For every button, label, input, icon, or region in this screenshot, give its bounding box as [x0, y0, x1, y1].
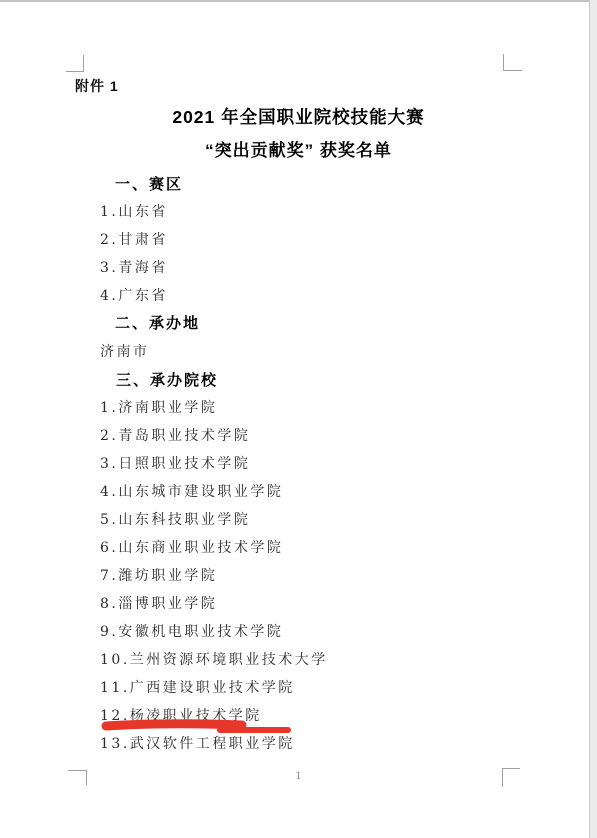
crop-mark-top-right	[503, 54, 522, 71]
list-item: 1.济南职业学院	[100, 401, 217, 415]
document-page: 附件 1 2021 年全国职业院校技能大赛 “突出贡献奖” 获奖名单 一、赛区 …	[0, 0, 597, 838]
section-heading-host-schools: 三、承办院校	[116, 373, 218, 388]
crop-mark-top-left	[66, 55, 84, 72]
list-item: 3.青海省	[100, 261, 168, 275]
list-item: 8.淄博职业学院	[100, 597, 217, 611]
doc-title-line-1: 2021 年全国职业院校技能大赛	[0, 109, 597, 127]
section-heading-host-city: 二、承办地	[115, 316, 200, 331]
red-marker-main-stroke	[106, 724, 242, 726]
page-number: 1	[0, 772, 597, 782]
page-top-border	[0, 0, 597, 2]
list-item: 2.甘肃省	[100, 233, 168, 247]
list-item: 9.安徽机电职业技术学院	[100, 625, 283, 639]
red-marker-stroke	[100, 718, 295, 736]
list-item: 1.山东省	[100, 205, 168, 219]
list-item: 3.日照职业技术学院	[100, 457, 250, 471]
list-item: 济南市	[100, 345, 150, 359]
list-item: 5.山东科技职业学院	[100, 513, 250, 527]
list-item: 11.广西建设职业技术学院	[100, 681, 295, 695]
list-item: 13.武汉软件工程职业学院	[100, 737, 295, 751]
attachment-label: 附件 1	[75, 79, 119, 93]
list-item: 10.兰州资源环境职业技术大学	[100, 653, 328, 667]
list-item: 7.潍坊职业学院	[100, 569, 217, 583]
doc-title-line-2: “突出贡献奖” 获奖名单	[0, 142, 597, 159]
list-item: 4.山东城市建设职业学院	[100, 485, 283, 499]
list-item: 2.青岛职业技术学院	[100, 429, 250, 443]
list-item: 4.广东省	[100, 289, 168, 303]
section-heading-zones: 一、赛区	[115, 177, 183, 192]
list-item: 6.山东商业职业技术学院	[100, 541, 283, 555]
